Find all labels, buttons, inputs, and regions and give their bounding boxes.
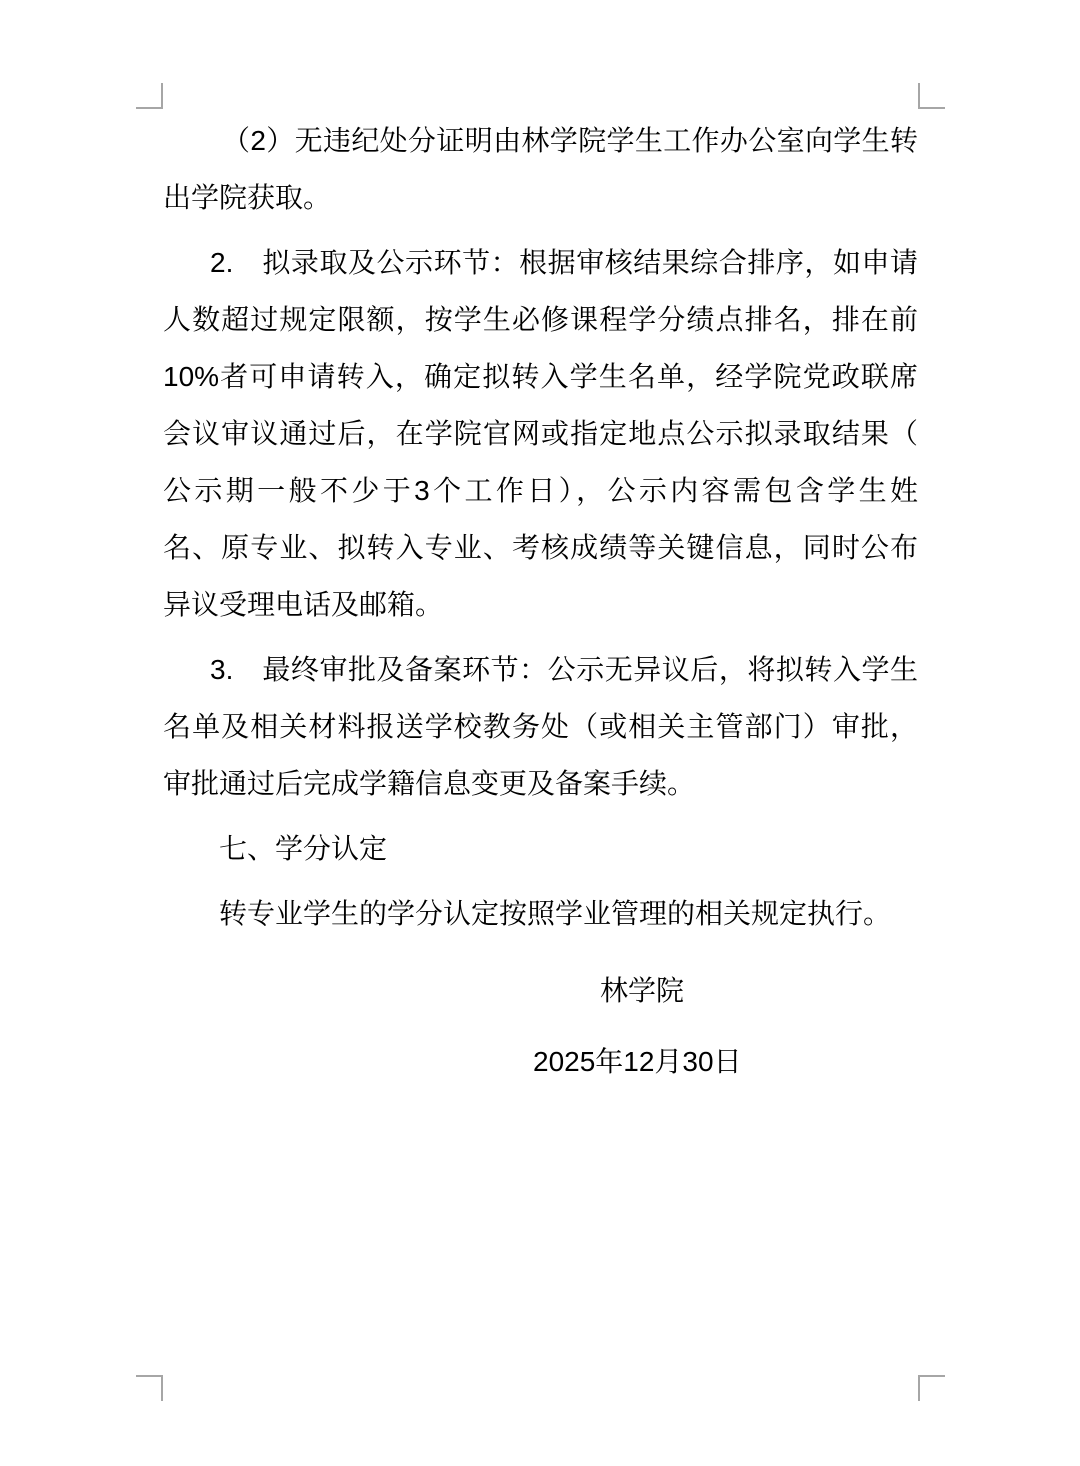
text-line: 人数超过规定限额，按学生必修课程学分绩点排名，排在前 (163, 291, 918, 348)
text-line: 10%者可申请转入，确定拟转入学生名单，经学院党政联席 (163, 348, 918, 405)
text-line: 名单及相关材料报送学校教务处（或相关主管部门）审批， (163, 698, 918, 755)
text-line: 名、原专业、拟转入专业、考核成绩等关键信息，同时公布 (163, 519, 918, 576)
signature-line: 林学院 (600, 962, 918, 1019)
text-line: 3. 最终审批及备案环节：公示无异议后，将拟转入学生 (163, 641, 918, 698)
text-line: （2）无违纪处分证明由林学院学生工作办公室向学生转 (163, 112, 918, 169)
text-line: 异议受理电话及邮箱。 (163, 576, 918, 633)
text-line: 转专业学生的学分认定按照学业管理的相关规定执行。 (163, 885, 918, 942)
para-step-2-admission-publicity: 2. 拟录取及公示环节：根据审核结果综合排序，如申请人数超过规定限额，按学生必修… (163, 234, 918, 633)
para-item-2-proof: （2）无违纪处分证明由林学院学生工作办公室向学生转出学院获取。 (163, 112, 918, 226)
text-boundary-corner-mark-top-left (136, 83, 163, 109)
text-line: 七、学分认定 (163, 820, 918, 877)
heading-section-7-credit-recognition: 七、学分认定 (163, 820, 918, 877)
para-credit-recognition-body: 转专业学生的学分认定按照学业管理的相关规定执行。 (163, 885, 918, 942)
text-boundary-corner-mark-bottom-left (136, 1375, 163, 1401)
text-line: 公示期一般不少于3个工作日），公示内容需包含学生姓 (163, 462, 918, 519)
text-boundary-corner-mark-bottom-right (918, 1375, 945, 1401)
text-line: 2. 拟录取及公示环节：根据审核结果综合排序，如申请 (163, 234, 918, 291)
document-page: （2）无违纪处分证明由林学院学生工作办公室向学生转出学院获取。2. 拟录取及公示… (0, 0, 1080, 1466)
text-line: 审批通过后完成学籍信息变更及备案手续。 (163, 755, 918, 812)
date-line: 2025年12月30日 (533, 1033, 918, 1090)
text-line: 出学院获取。 (163, 169, 918, 226)
paragraphs-container: （2）无违纪处分证明由林学院学生工作办公室向学生转出学院获取。2. 拟录取及公示… (163, 112, 918, 942)
text-boundary-corner-mark-top-right (918, 83, 945, 109)
text-area: （2）无违纪处分证明由林学院学生工作办公室向学生转出学院获取。2. 拟录取及公示… (163, 112, 918, 1090)
para-step-3-final-approval: 3. 最终审批及备案环节：公示无异议后，将拟转入学生名单及相关材料报送学校教务处… (163, 641, 918, 812)
text-line: 会议审议通过后，在学院官网或指定地点公示拟录取结果（ (163, 405, 918, 462)
